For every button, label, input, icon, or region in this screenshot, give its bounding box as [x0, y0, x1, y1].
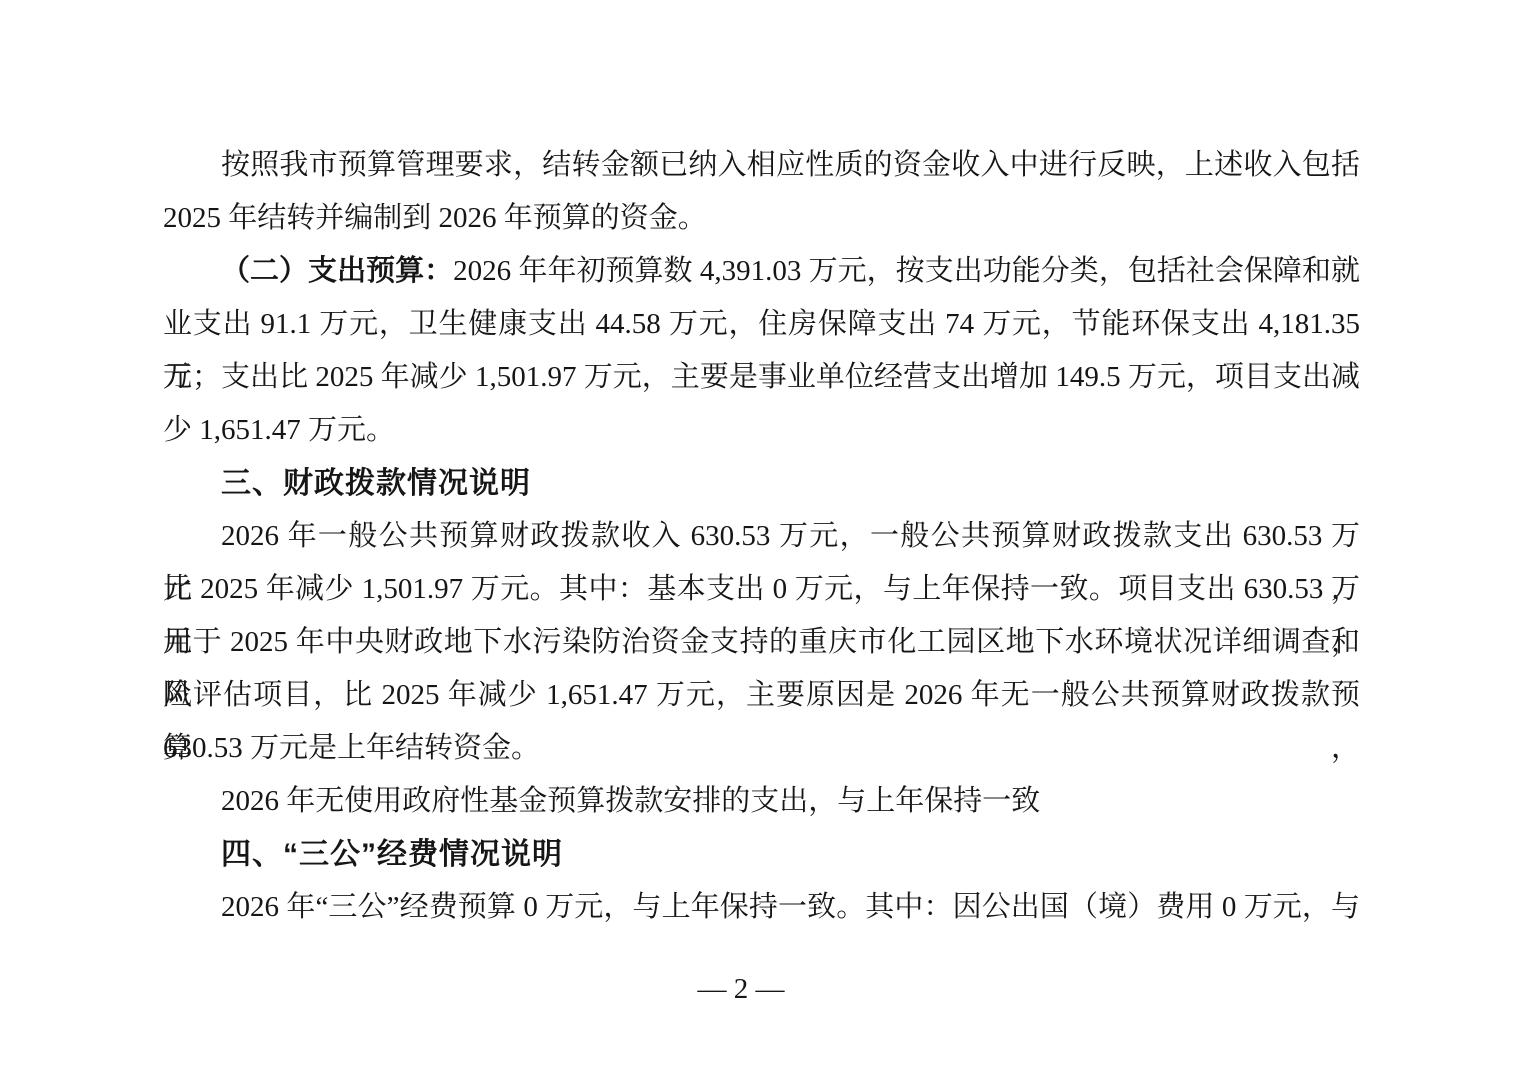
- section-heading-three-public-expenses: 四、“三公”经费情况说明: [163, 828, 1360, 881]
- page-number: — 2 —: [163, 963, 1319, 1016]
- paragraph-carryover-line-1: 按照我市预算管理要求，结转金额已纳入相应性质的资金收入中进行反映，上述收入包括: [163, 139, 1360, 192]
- paragraph-carryover-line-2: 2025 年结转并编制到 2026 年预算的资金。: [163, 192, 1360, 245]
- paragraph-government-fund-line: 2026 年无使用政府性基金预算拨款安排的支出，与上年保持一致: [163, 775, 1360, 828]
- paragraph-fiscal-appropriation-line-4: 险评估项目，比 2025 年减少 1,651.47 万元，主要原因是 2026 …: [163, 669, 1360, 722]
- paragraph-expenditure-budget-line-4: 少 1,651.47 万元。: [163, 404, 1360, 457]
- paragraph-expenditure-budget-line-3: 元；支出比 2025 年减少 1,501.97 万元，主要是事业单位经营支出增加…: [163, 351, 1360, 404]
- paragraph-three-public-expenses-line-1: 2026 年“三公”经费预算 0 万元，与上年保持一致。其中：因公出国（境）费用…: [163, 881, 1360, 934]
- paragraph-fiscal-appropriation-line-1: 2026 年一般公共预算财政拨款收入 630.53 万元，一般公共预算财政拨款支…: [163, 510, 1360, 563]
- paragraph-fiscal-appropriation-line-3: 用于 2025 年中央财政地下水污染防治资金支持的重庆市化工园区地下水环境状况详…: [163, 616, 1360, 669]
- expenditure-budget-text: 2026 年年初预算数 4,391.03 万元，按支出功能分类，包括社会保障和就: [453, 255, 1360, 287]
- expenditure-budget-label: （二）支出预算：: [221, 255, 453, 287]
- paragraph-fiscal-appropriation-line-2: 比 2025 年减少 1,501.97 万元。其中：基本支出 0 万元，与上年保…: [163, 563, 1360, 616]
- document-text-block: 按照我市预算管理要求，结转金额已纳入相应性质的资金收入中进行反映，上述收入包括 …: [163, 139, 1360, 934]
- section-heading-fiscal-appropriation: 三、财政拨款情况说明: [163, 457, 1360, 510]
- document-page: 按照我市预算管理要求，结转金额已纳入相应性质的资金收入中进行反映，上述收入包括 …: [0, 0, 1520, 1074]
- paragraph-expenditure-budget-line-2: 业支出 91.1 万元，卫生健康支出 44.58 万元，住房保障支出 74 万元…: [163, 298, 1360, 351]
- paragraph-expenditure-budget-line-1: （二）支出预算：2026 年年初预算数 4,391.03 万元，按支出功能分类，…: [163, 245, 1360, 298]
